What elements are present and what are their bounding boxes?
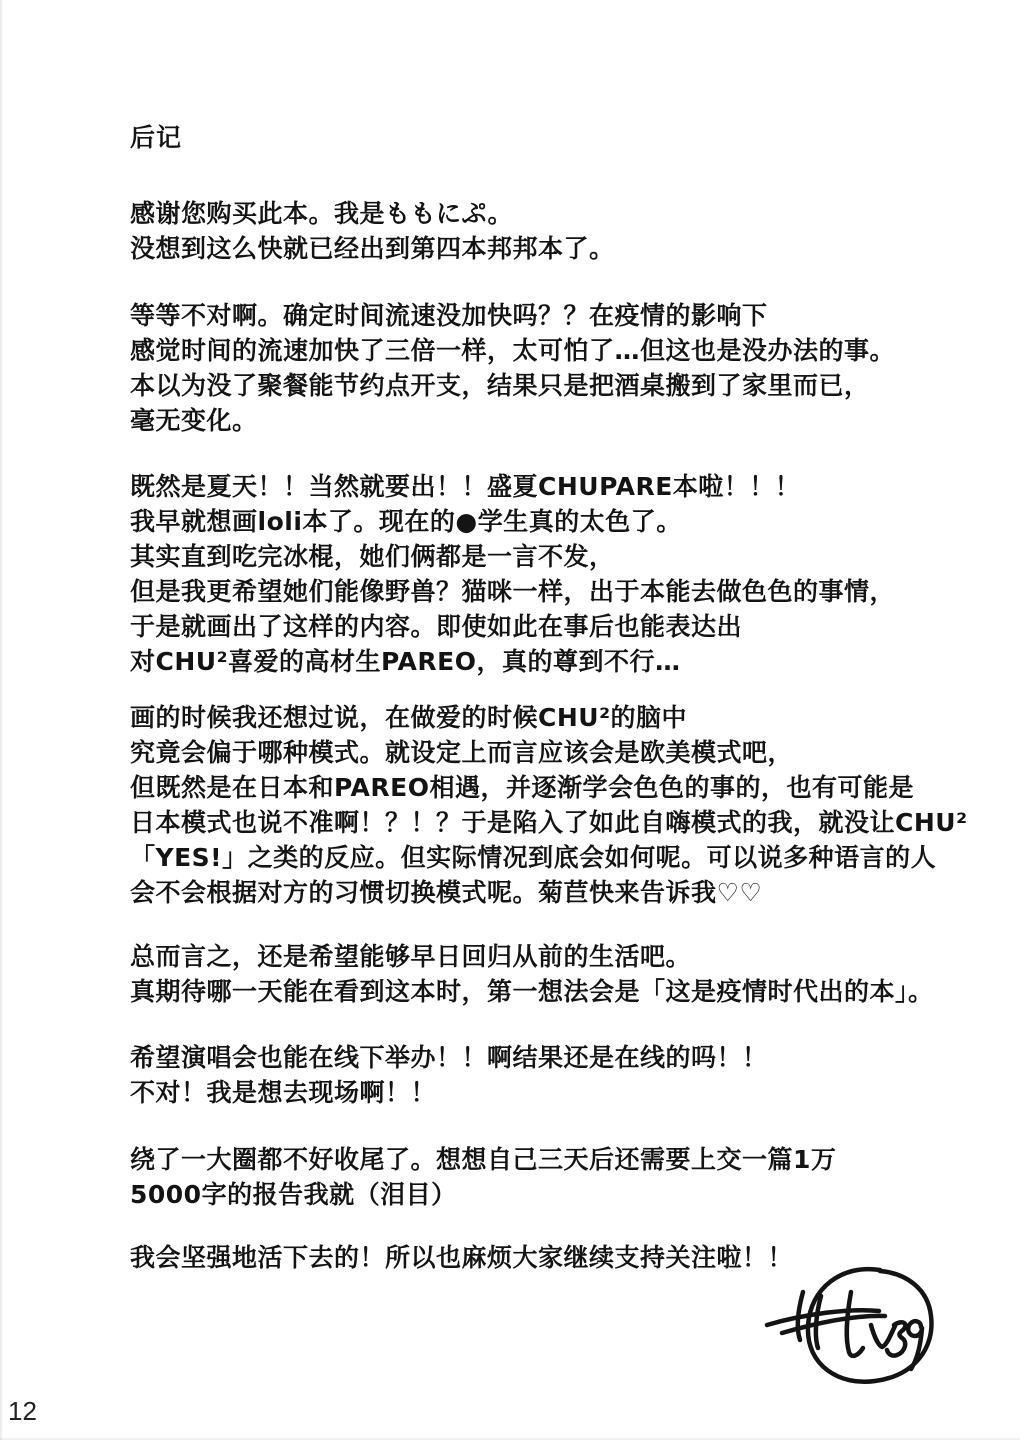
- paragraph-closing: 我会坚强地活下去的！所以也麻烦大家继续支持关注啦！！: [130, 1240, 793, 1275]
- afterword-line: 画的时候我还想过说，在做爱的时候CHU²的脑中: [130, 700, 968, 735]
- paragraph-report: 绕了一大圈都不好收尾了。想想自己三天后还需要上交一篇1万 5000字的报告我就（…: [130, 1142, 836, 1212]
- afterword-line: 会不会根据对方的习惯切换模式呢。菊苣快来告诉我♡♡: [130, 875, 968, 910]
- afterword-line: 但既然是在日本和PAREO相遇，并逐渐学会色色的事的，也有可能是: [130, 770, 968, 805]
- afterword-line: 总而言之，还是希望能够早日回归从前的生活吧。: [130, 939, 934, 974]
- paragraph-thanks: 感谢您购买此本。我是ももにぷ。 没想到这么快就已经出到第四本邦邦本了。: [130, 196, 615, 266]
- afterword-line: 既然是夏天！！当然就要出！！盛夏CHUPARE本啦！！！: [130, 469, 895, 504]
- artist-signature-scribble: [742, 1248, 1020, 1438]
- afterword-line: 毫无变化。: [130, 403, 895, 438]
- paragraph-time-flow: 等等不对啊。确定时间流速没加快吗？？在疫情的影响下 感觉时间的流速加快了三倍一样…: [130, 298, 895, 438]
- afterword-line: 感谢您购买此本。我是ももにぷ。: [130, 196, 615, 231]
- afterword-line: 5000字的报告我就（泪目）: [130, 1177, 836, 1212]
- afterword-line: 没想到这么快就已经出到第四本邦邦本了。: [130, 231, 615, 266]
- afterword-line: 真期待哪一天能在看到这本时，第一想法会是「这是疫情时代出的本」。: [130, 974, 934, 1009]
- afterword-line: 于是就画出了这样的内容。即使如此在事后也能表达出: [130, 609, 895, 644]
- paragraph-mode-musings: 画的时候我还想过说，在做爱的时候CHU²的脑中 究竟会偏于哪种模式。就设定上而言…: [130, 700, 968, 910]
- paragraph-wish-normal-life: 总而言之，还是希望能够早日回归从前的生活吧。 真期待哪一天能在看到这本时，第一想…: [130, 939, 934, 1009]
- afterword-line: 我早就想画loli本了。现在的●学生真的太色了。: [130, 504, 895, 539]
- paragraph-summer-book: 既然是夏天！！当然就要出！！盛夏CHUPARE本啦！！！ 我早就想画loli本了…: [130, 469, 895, 679]
- paragraph-concert: 希望演唱会也能在线下举办！！啊结果还是在线的吗！！ 不对！我是想去现场啊！！: [130, 1040, 768, 1110]
- afterword-line: 「YES!」之类的反应。但实际情况到底会如何呢。可以说多种语言的人: [130, 840, 968, 875]
- afterword-line: 日本模式也说不准啊！？！？于是陷入了如此自嗨模式的我，就没让CHU²: [130, 805, 968, 840]
- afterword-line: 我会坚强地活下去的！所以也麻烦大家继续支持关注啦！！: [130, 1240, 793, 1275]
- page-number: 12: [8, 1396, 37, 1427]
- afterword-title: 后记: [130, 120, 182, 155]
- afterword-page: 后记 感谢您购买此本。我是ももにぷ。 没想到这么快就已经出到第四本邦邦本了。 等…: [0, 0, 1020, 1440]
- scan-edge-left: [0, 0, 3, 1440]
- afterword-line: 希望演唱会也能在线下举办！！啊结果还是在线的吗！！: [130, 1040, 768, 1075]
- afterword-line: 究竟会偏于哪种模式。就设定上而言应该会是欧美模式吧，: [130, 735, 968, 770]
- afterword-line: 不对！我是想去现场啊！！: [130, 1075, 768, 1110]
- afterword-line: 感觉时间的流速加快了三倍一样，太可怕了…但这也是没办法的事。: [130, 333, 895, 368]
- afterword-line: 绕了一大圈都不好收尾了。想想自己三天后还需要上交一篇1万: [130, 1142, 836, 1177]
- afterword-line: 本以为没了聚餐能节约点开支，结果只是把酒桌搬到了家里而已，: [130, 368, 895, 403]
- afterword-line: 但是我更希望她们能像野兽？猫咪一样，出于本能去做色色的事情，: [130, 574, 895, 609]
- afterword-line: 等等不对啊。确定时间流速没加快吗？？在疫情的影响下: [130, 298, 895, 333]
- afterword-line: 对CHU²喜爱的高材生PAREO，真的尊到不行…: [130, 644, 895, 679]
- afterword-line: 其实直到吃完冰棍，她们俩都是一言不发，: [130, 539, 895, 574]
